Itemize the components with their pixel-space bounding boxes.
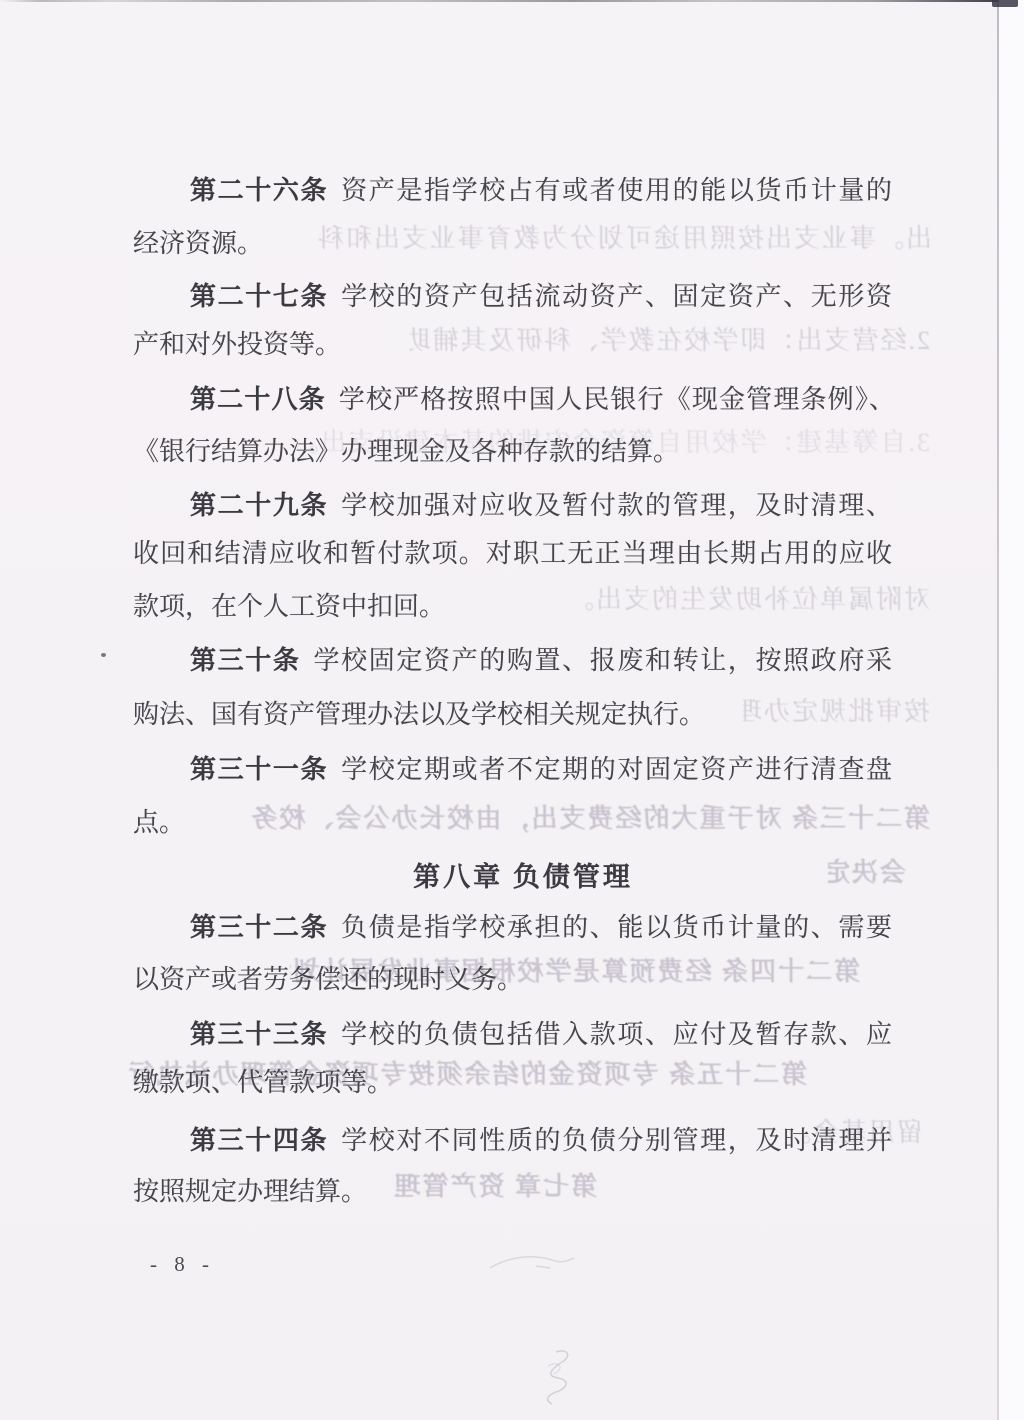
- line-text: 《银行结算办法》办理现金及各种存款的结算。: [133, 437, 679, 466]
- line-text: 学校固定资产的购置、报废和转让，按照政府采: [314, 646, 892, 675]
- article-number: 第二十七条: [190, 282, 328, 311]
- ink-speck: [101, 653, 106, 657]
- bleedthrough-line: 对附属单位补助发生的支出。: [520, 585, 930, 616]
- article-number: 第二十九条: [190, 491, 328, 520]
- chapter-heading: 第八章 负债管理: [11, 855, 1024, 894]
- pencil-smudge: [528, 1346, 598, 1408]
- document-line: 经济资源。: [133, 229, 263, 261]
- document-line: 第三十三条学校的负债包括借入款项、应付及暂存款、应: [190, 1020, 892, 1052]
- document-line: 第三十一条学校定期或者不定期的对固定资产进行清查盘: [190, 755, 892, 787]
- document-line: 按照规定办理结算。: [133, 1177, 367, 1209]
- line-text: 款项，在个人工资中扣回。: [133, 592, 445, 621]
- article-number: 第三十一条: [190, 755, 328, 784]
- line-text: 点。: [133, 808, 185, 837]
- document-line: 第二十九条学校加强对应收及暂付款的管理，及时清理、: [190, 491, 892, 523]
- document-line: 收回和结清应收和暂付款项。对职工无正当理由长期占用的应收: [133, 539, 892, 571]
- line-text: 以资产或者劳务偿还的现时义务。: [133, 965, 523, 994]
- article-number: 第三十条: [190, 646, 301, 675]
- document-line: 第三十条学校固定资产的购置、报废和转让，按照政府采: [190, 646, 892, 678]
- bleedthrough-text: 按审批规定办理。: [743, 697, 930, 726]
- scanned-page: 出。事业支出按照用途可划分为教育事业支出和科研事业支 2.经营支出：即学校在教学…: [0, 0, 1024, 1420]
- line-text: 购法、国有资产管理办法以及学校相关规定执行。: [133, 700, 705, 729]
- line-text: 学校严格按照中国人民银行《现金管理条例》、: [339, 385, 895, 414]
- line-text: 学校的资产包括流动资产、固定资产、无形资: [341, 282, 892, 311]
- line-text: 学校加强对应收及暂付款的管理，及时清理、: [341, 491, 892, 520]
- article-number: 第二十八条: [190, 385, 326, 414]
- bleedthrough-text: 对附属单位补助发生的支出。: [566, 585, 930, 614]
- document-line: 点。: [133, 808, 185, 840]
- article-number: 第三十二条: [190, 913, 328, 942]
- page-right-edge-line: [997, 0, 999, 1420]
- document-line: 产和对外投资等。: [133, 330, 341, 362]
- page-number: - 8 -: [150, 1252, 215, 1277]
- document-line: 款项，在个人工资中扣回。: [133, 592, 445, 624]
- line-text: 负债是指学校承担的、能以货币计量的、需要: [341, 913, 892, 942]
- bleedthrough-text: 第二十三条 对于重大的经费支出，由校长办公会、校务: [249, 804, 930, 833]
- line-text: 资产是指学校占有或者使用的能以货币计量的: [341, 176, 892, 205]
- line-text: 缴款项、代管款项等。: [133, 1068, 393, 1097]
- line-text: 产和对外投资等。: [133, 330, 341, 359]
- line-text: 按照规定办理结算。: [133, 1177, 367, 1206]
- scan-top-edge: [0, 0, 1024, 2]
- bleedthrough-text: 第七章 资产管理: [392, 1172, 597, 1201]
- line-text: 收回和结清应收和暂付款项。对职工无正当理由长期占用的应收: [133, 539, 892, 568]
- document-line: 以资产或者劳务偿还的现时义务。: [133, 965, 523, 997]
- scan-corner-mark: [992, 0, 1018, 7]
- bleedthrough-text: 出。事业支出按照用途可划分为教育事业支出和科研事业支: [316, 224, 932, 253]
- document-line: 《银行结算办法》办理现金及各种存款的结算。: [133, 437, 679, 469]
- document-line: 第三十四条学校对不同性质的负债分别管理，及时清理并: [190, 1126, 892, 1158]
- document-line: 缴款项、代管款项等。: [133, 1068, 393, 1100]
- document-line: 第二十六条资产是指学校占有或者使用的能以货币计量的: [190, 176, 892, 208]
- page-right-edge-area: [999, 0, 1024, 1420]
- article-number: 第二十六条: [190, 176, 328, 205]
- document-line: 第二十八条学校严格按照中国人民银行《现金管理条例》、: [190, 385, 895, 417]
- bleedthrough-text: 2.经营支出：即学校在教学、科研及其辅助活动: [410, 326, 930, 355]
- pencil-mark: [486, 1246, 578, 1280]
- line-text: 学校的负债包括借入款项、应付及暂存款、应: [341, 1020, 892, 1049]
- line-text: 经济资源。: [133, 229, 263, 258]
- bleedthrough-line: 第七章 资产管理: [385, 1172, 597, 1203]
- line-text: 学校对不同性质的负债分别管理，及时清理并: [341, 1126, 892, 1155]
- line-text: 学校定期或者不定期的对固定资产进行清查盘: [341, 755, 892, 784]
- article-number: 第三十四条: [190, 1126, 328, 1155]
- bleedthrough-line: 出。事业支出按照用途可划分为教育事业支出和科研事业支: [316, 224, 932, 255]
- document-line: 购法、国有资产管理办法以及学校相关规定执行。: [133, 700, 705, 732]
- bleedthrough-line: 第二十三条 对于重大的经费支出，由校长办公会、校务: [150, 804, 930, 835]
- bleedthrough-line: 按审批规定办理。: [743, 697, 930, 728]
- article-number: 第三十三条: [190, 1020, 328, 1049]
- bleedthrough-line: 2.经营支出：即学校在教学、科研及其辅助活动: [410, 326, 930, 357]
- document-line: 第三十二条负债是指学校承担的、能以货币计量的、需要: [190, 913, 892, 945]
- document-line: 第二十七条学校的资产包括流动资产、固定资产、无形资: [190, 282, 892, 314]
